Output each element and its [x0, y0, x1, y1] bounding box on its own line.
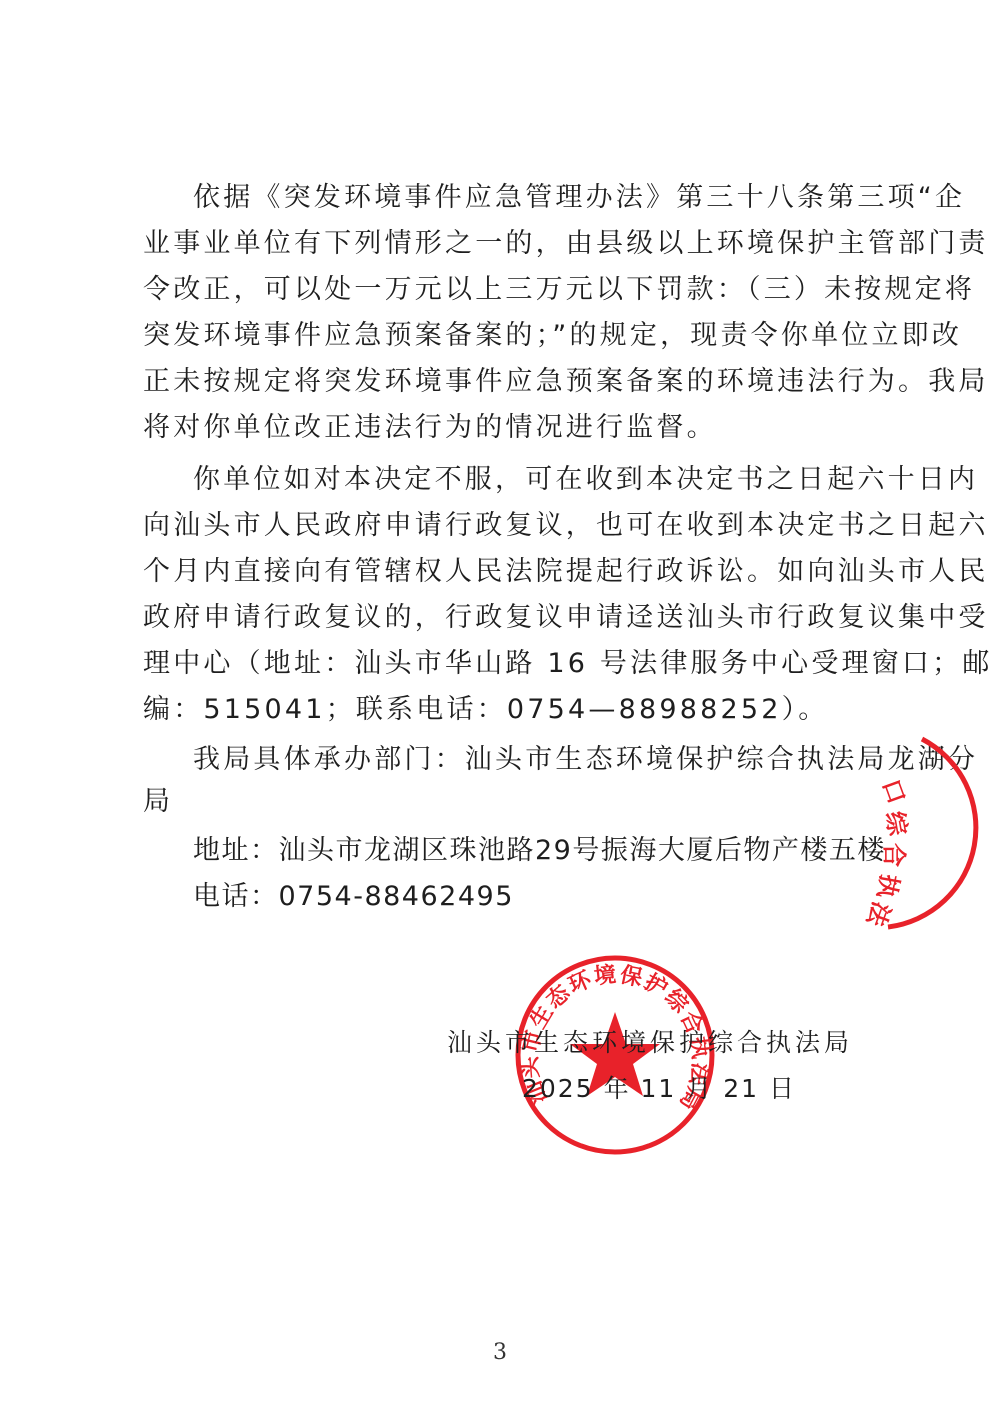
document-page: 依据《突发环境事件应急管理办法》第三十八条第三项“企 业事业单位有下列情形之一的… [0, 0, 1000, 1414]
department-line: 我局具体承办部门：汕头市生态环境保护综合执法局龙湖分 [193, 742, 883, 778]
svg-text:口: 口 [876, 775, 911, 807]
text-line: 理中心（地址：汕头市华山路 16 号法律服务中心受理窗口；邮 [143, 646, 895, 682]
partial-seal-stamp: 口 综 合 执 法 [820, 735, 1000, 935]
text-line: 向汕头市人民政府申请行政复议，也可在收到本决定书之日起六 [143, 508, 895, 544]
text-line: 正未按规定将突发环境事件应急预案备案的环境违法行为。我局 [143, 364, 895, 400]
svg-text:执: 执 [872, 872, 904, 900]
text-line: 突发环境事件应急预案备案的；”的规定，现责令你单位立即改 [143, 318, 895, 354]
text-line: 依据《突发环境事件应急管理办法》第三十八条第三项“企 [193, 180, 895, 216]
address-line: 地址：汕头市龙湖区珠池路29号振海大厦后物产楼五楼 [193, 833, 895, 869]
svg-text:合: 合 [880, 843, 908, 867]
text-line: 政府申请行政复议的，行政复议申请迳送汕头市行政复议集中受 [143, 600, 895, 636]
text-line: 个月内直接向有管辖权人民法院提起行政诉讼。如向汕头市人民 [143, 554, 895, 590]
phone-line: 电话：0754-88462495 [193, 879, 895, 915]
issue-date: 2025 年 11 月 21 日 [522, 1072, 796, 1106]
svg-text:综: 综 [880, 809, 912, 838]
text-line: 你单位如对本决定不服，可在收到本决定书之日起六十日内 [193, 462, 895, 498]
text-line: 编：515041；联系电话：0754—88988252）。 [143, 692, 895, 728]
issuer-name: 汕头市生态环境保护综合执法局 [447, 1026, 853, 1060]
department-line-cont: 局 [143, 784, 895, 820]
text-line: 令改正，可以处一万元以上三万元以下罚款：（三）未按规定将 [143, 272, 895, 308]
text-line: 将对你单位改正违法行为的情况进行监督。 [143, 410, 895, 446]
text-line: 业事业单位有下列情形之一的，由县级以上环境保护主管部门责 [143, 226, 895, 262]
page-number: 3 [0, 1340, 1000, 1365]
